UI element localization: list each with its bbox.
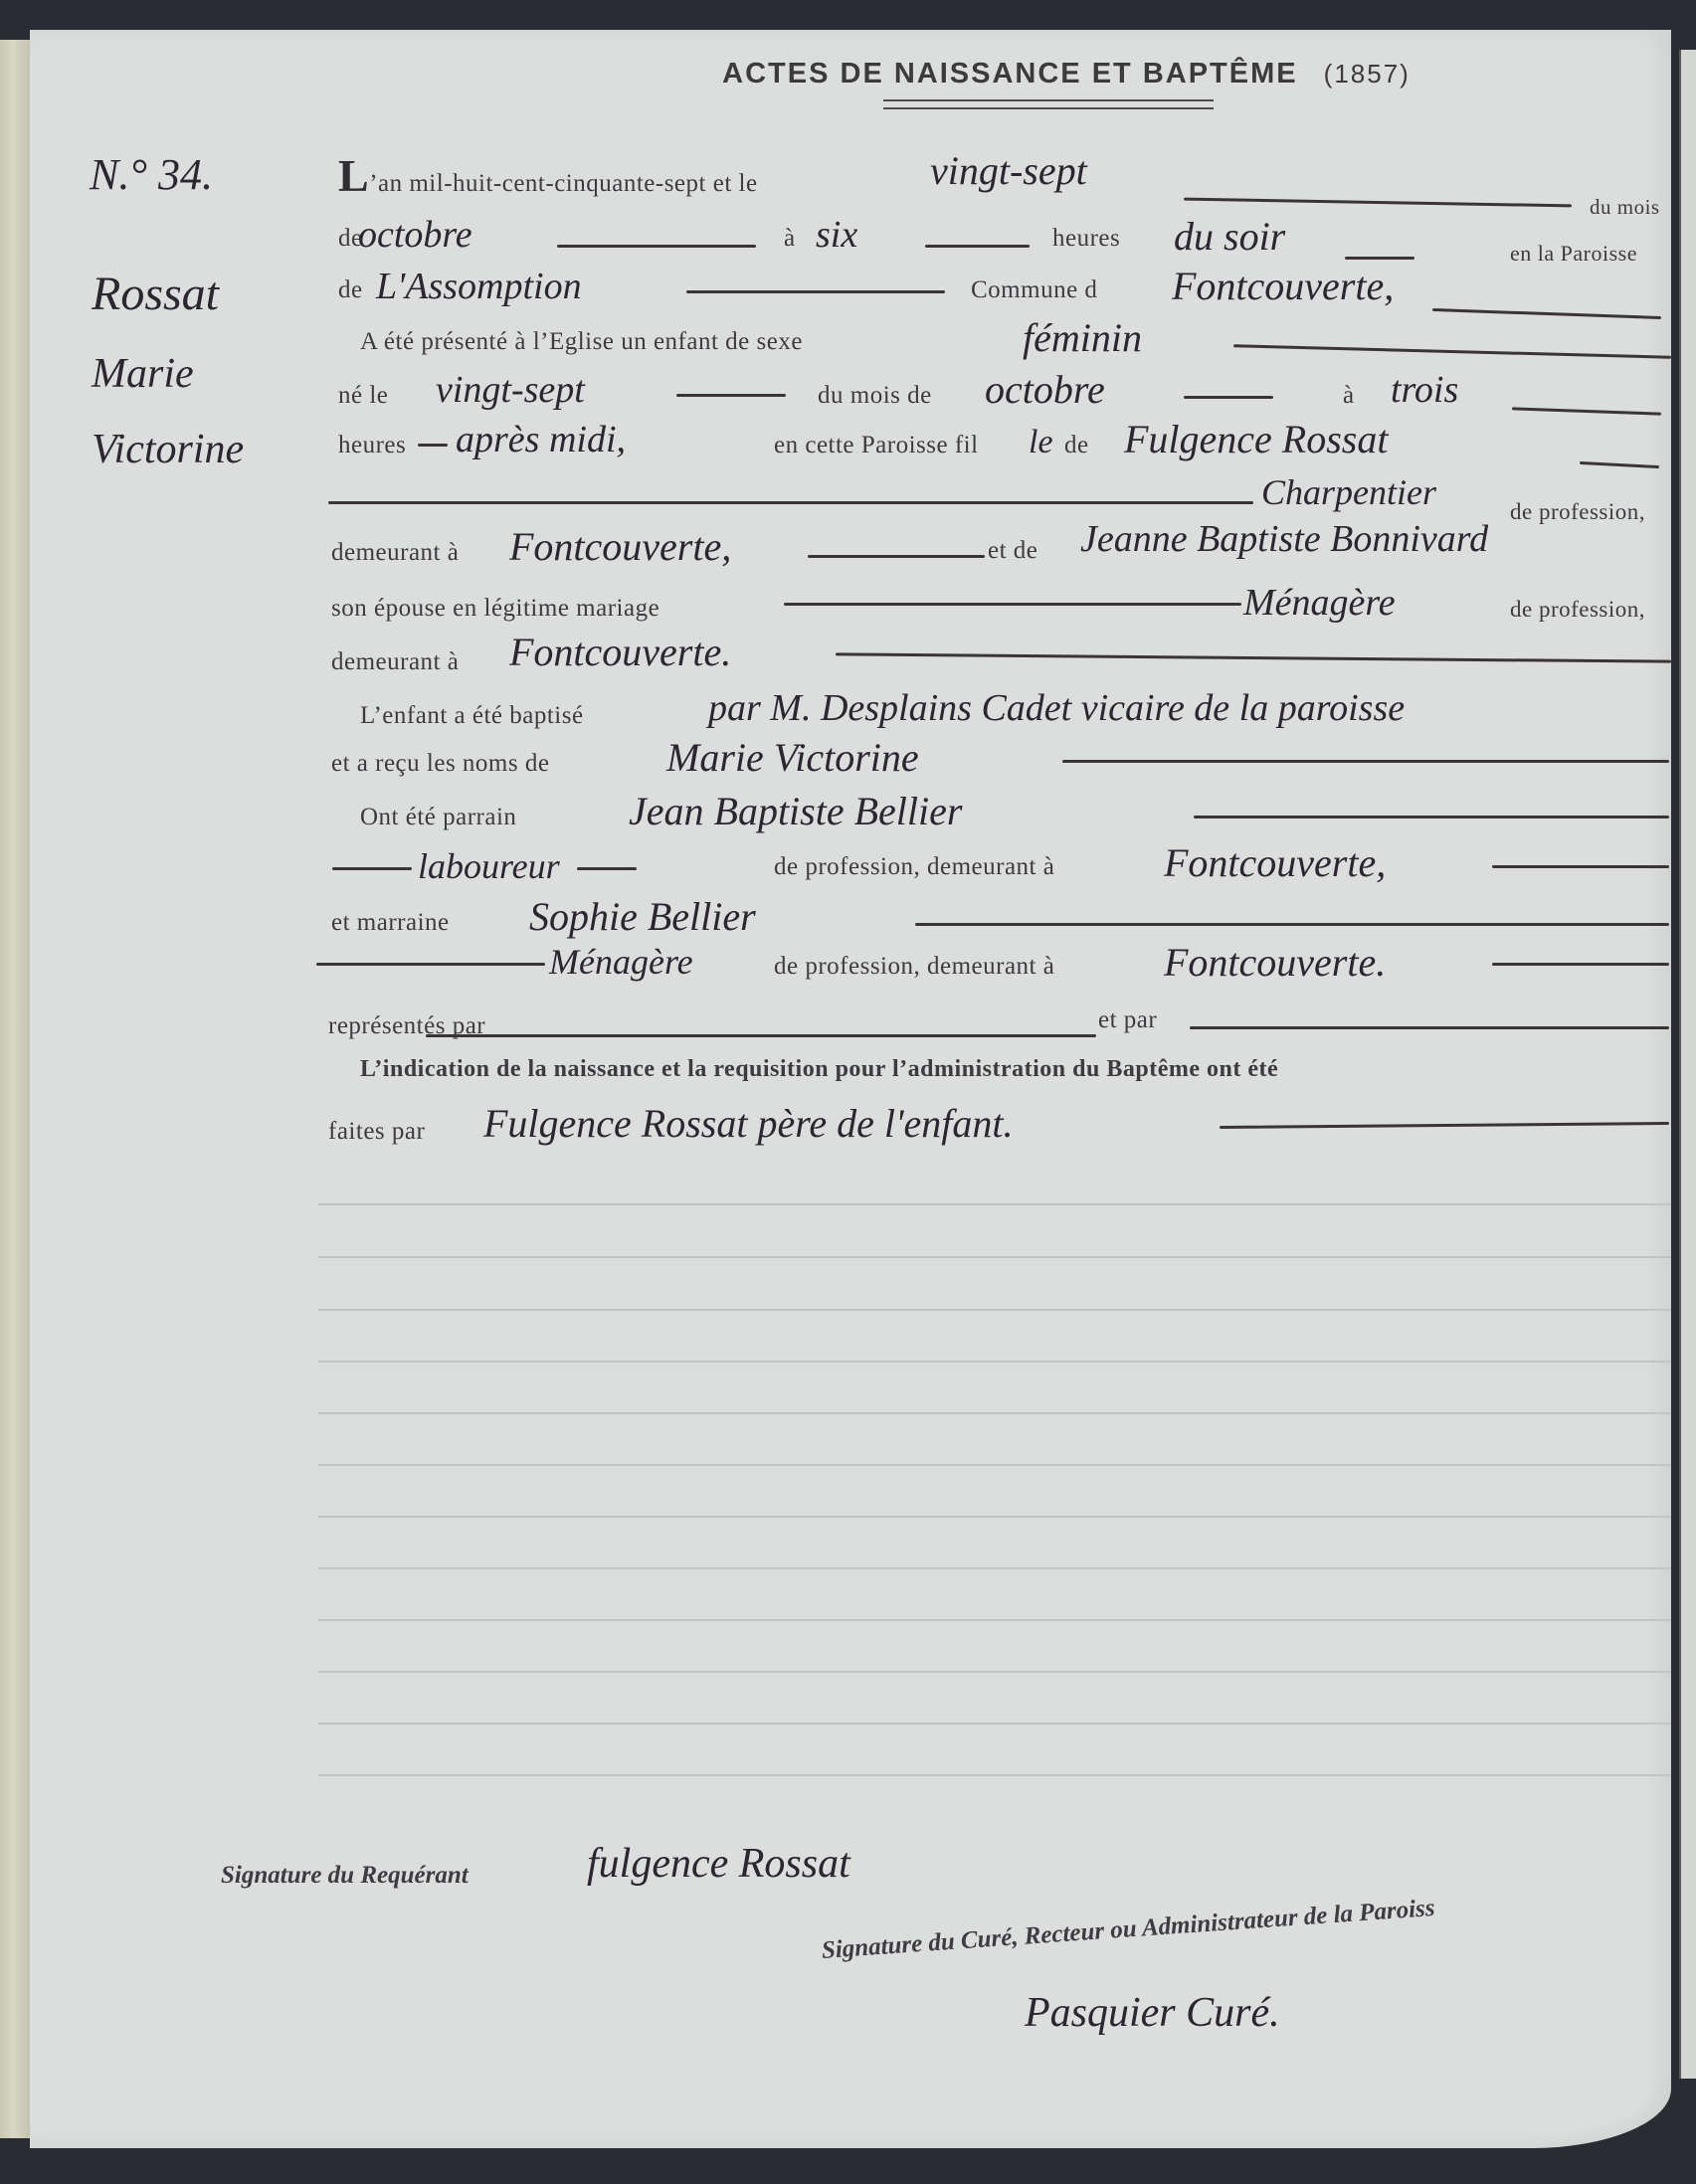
hw-godmother-residence: Fontcouverte. <box>1164 939 1386 986</box>
hw-godmother: Sophie Bellier <box>529 893 756 940</box>
title-year: (1857) <box>1324 59 1411 89</box>
title-underline <box>883 99 1214 109</box>
next-page-edge <box>1679 50 1696 2079</box>
fill-line <box>1184 396 1273 399</box>
line-year: L’an mil-huit-cent-cinquante-sept et le <box>338 149 758 202</box>
fill-line <box>316 963 545 966</box>
requerant-signature-label: Signature du Requérant <box>221 1862 469 1890</box>
faint-rule <box>318 1361 1671 1363</box>
label-de-profession: de profession, <box>1510 597 1645 623</box>
hw-month: octobre <box>358 213 472 257</box>
faint-rule <box>318 1567 1671 1569</box>
fill-line <box>426 1034 1096 1037</box>
label-son-epouse: son épouse en légitime mariage <box>331 595 660 623</box>
label-faites-par: faites par <box>328 1118 425 1146</box>
label-commune: Commune d <box>971 276 1097 304</box>
label-a: à <box>784 225 796 253</box>
label-de: de <box>1064 432 1089 459</box>
margin-surname: Rossat <box>92 267 219 321</box>
hw-mother: Jeanne Baptiste Bonnivard <box>1080 517 1488 561</box>
hw-period: du soir <box>1174 213 1285 260</box>
hw-birth-day: vingt-sept <box>436 368 585 412</box>
label-du-mois-de: du mois de <box>818 382 932 410</box>
fill-line <box>1062 760 1669 763</box>
label-de-profession-demeurant: de profession, demeurant à <box>774 853 1054 881</box>
label-du-mois: du mois <box>1590 195 1660 220</box>
requerant-signature: fulgence Rossat <box>587 1840 850 1888</box>
hw-mother-profession: Ménagère <box>1243 581 1396 625</box>
faint-rule <box>318 1516 1671 1518</box>
fill-line <box>1492 865 1669 868</box>
hw-father-residence: Fontcouverte, <box>509 523 731 570</box>
fill-line <box>1492 963 1669 966</box>
hw-godfather-profession: laboureur <box>418 845 560 887</box>
faint-rule <box>318 1309 1671 1311</box>
fill-line <box>1190 1026 1669 1029</box>
dropcap: L <box>338 150 369 201</box>
label-parrain: Ont été parrain <box>360 804 516 831</box>
label-marraine: et marraine <box>331 909 450 937</box>
hw-birth-hour: trois <box>1391 368 1458 412</box>
faint-rule <box>318 1412 1671 1414</box>
label-noms: et a reçu les noms de <box>331 750 549 778</box>
hw-godmother-profession: Ménagère <box>549 941 693 983</box>
hw-day: vingt-sept <box>930 147 1087 194</box>
label-heures: heures <box>338 432 406 459</box>
label-en-la-paroisse: en la Paroisse <box>1510 241 1637 267</box>
fill-line <box>784 603 1241 606</box>
entry-number: N.° 34. <box>90 149 213 200</box>
margin-given-name-2: Victorine <box>92 426 244 473</box>
fill-line <box>328 501 1253 504</box>
faint-rule <box>318 1203 1671 1205</box>
hw-mother-residence: Fontcouverte. <box>509 629 731 675</box>
faint-rule <box>318 1671 1671 1673</box>
label-a: à <box>1343 382 1355 410</box>
fill-line <box>1345 257 1414 260</box>
faint-rule <box>318 1256 1671 1258</box>
label-de-profession: de profession, <box>1510 499 1645 525</box>
hw-godfather: Jean Baptiste Bellier <box>629 788 962 834</box>
hw-birth-month: octobre <box>985 366 1105 413</box>
hw-hour: six <box>816 213 857 257</box>
label-en-cette-paroisse: en cette Paroisse fil <box>774 432 979 459</box>
hw-given-names: Marie Victorine <box>666 734 919 781</box>
fill-line <box>808 555 985 558</box>
label-de-profession-demeurant: de profession, demeurant à <box>774 953 1054 981</box>
hw-commune: Fontcouverte, <box>1172 263 1394 309</box>
fill-line <box>915 923 1669 926</box>
hw-father: Fulgence Rossat <box>1124 416 1389 462</box>
label-demeurant: demeurant à <box>331 648 459 676</box>
label-baptise: L’enfant a été baptisé <box>360 702 584 730</box>
fill-line <box>577 867 637 870</box>
fill-line <box>686 290 945 293</box>
fill-line <box>676 394 786 397</box>
hw-father-profession: Charpentier <box>1261 471 1436 513</box>
label-demeurant: demeurant à <box>331 539 459 567</box>
label-heures: heures <box>1052 225 1120 253</box>
title-text: ACTES DE NAISSANCE ET BAPTÊME <box>722 58 1297 90</box>
fill-line <box>418 444 448 447</box>
hw-baptized-by: par M. Desplains Cadet vicaire de la par… <box>708 686 1405 730</box>
hw-declarant: Fulgence Rossat père de l'enfant. <box>483 1100 1013 1147</box>
label-et-par: et par <box>1098 1006 1157 1034</box>
faint-rule <box>318 1723 1671 1725</box>
label-de: de <box>338 276 363 304</box>
hw-sex: féminin <box>1023 314 1142 361</box>
faint-rule <box>318 1464 1671 1466</box>
margin-given-name-1: Marie <box>92 350 194 398</box>
cure-signature: Pasquier Curé. <box>1025 1989 1280 2037</box>
hw-parish: L'Assomption <box>376 265 582 308</box>
fill-line <box>332 867 412 870</box>
label-presente: A été présenté à l’Eglise un enfant de s… <box>360 328 803 356</box>
hw-birth-period: après midi, <box>456 418 626 461</box>
hw-godfather-residence: Fontcouverte, <box>1164 839 1386 886</box>
faint-rule <box>318 1619 1671 1621</box>
fill-line <box>925 245 1030 248</box>
page-title: ACTES DE NAISSANCE ET BAPTÊME (1857) <box>609 58 1524 91</box>
label-et-de: et de <box>988 537 1037 565</box>
hw-fille: le <box>1029 424 1053 461</box>
fill-line <box>557 245 756 248</box>
faint-rule <box>318 1774 1671 1776</box>
label-indication: L’indication de la naissance et la requi… <box>360 1056 1278 1083</box>
register-page <box>30 30 1671 2148</box>
label-ne-le: né le <box>338 382 388 410</box>
fill-line <box>1194 816 1669 819</box>
